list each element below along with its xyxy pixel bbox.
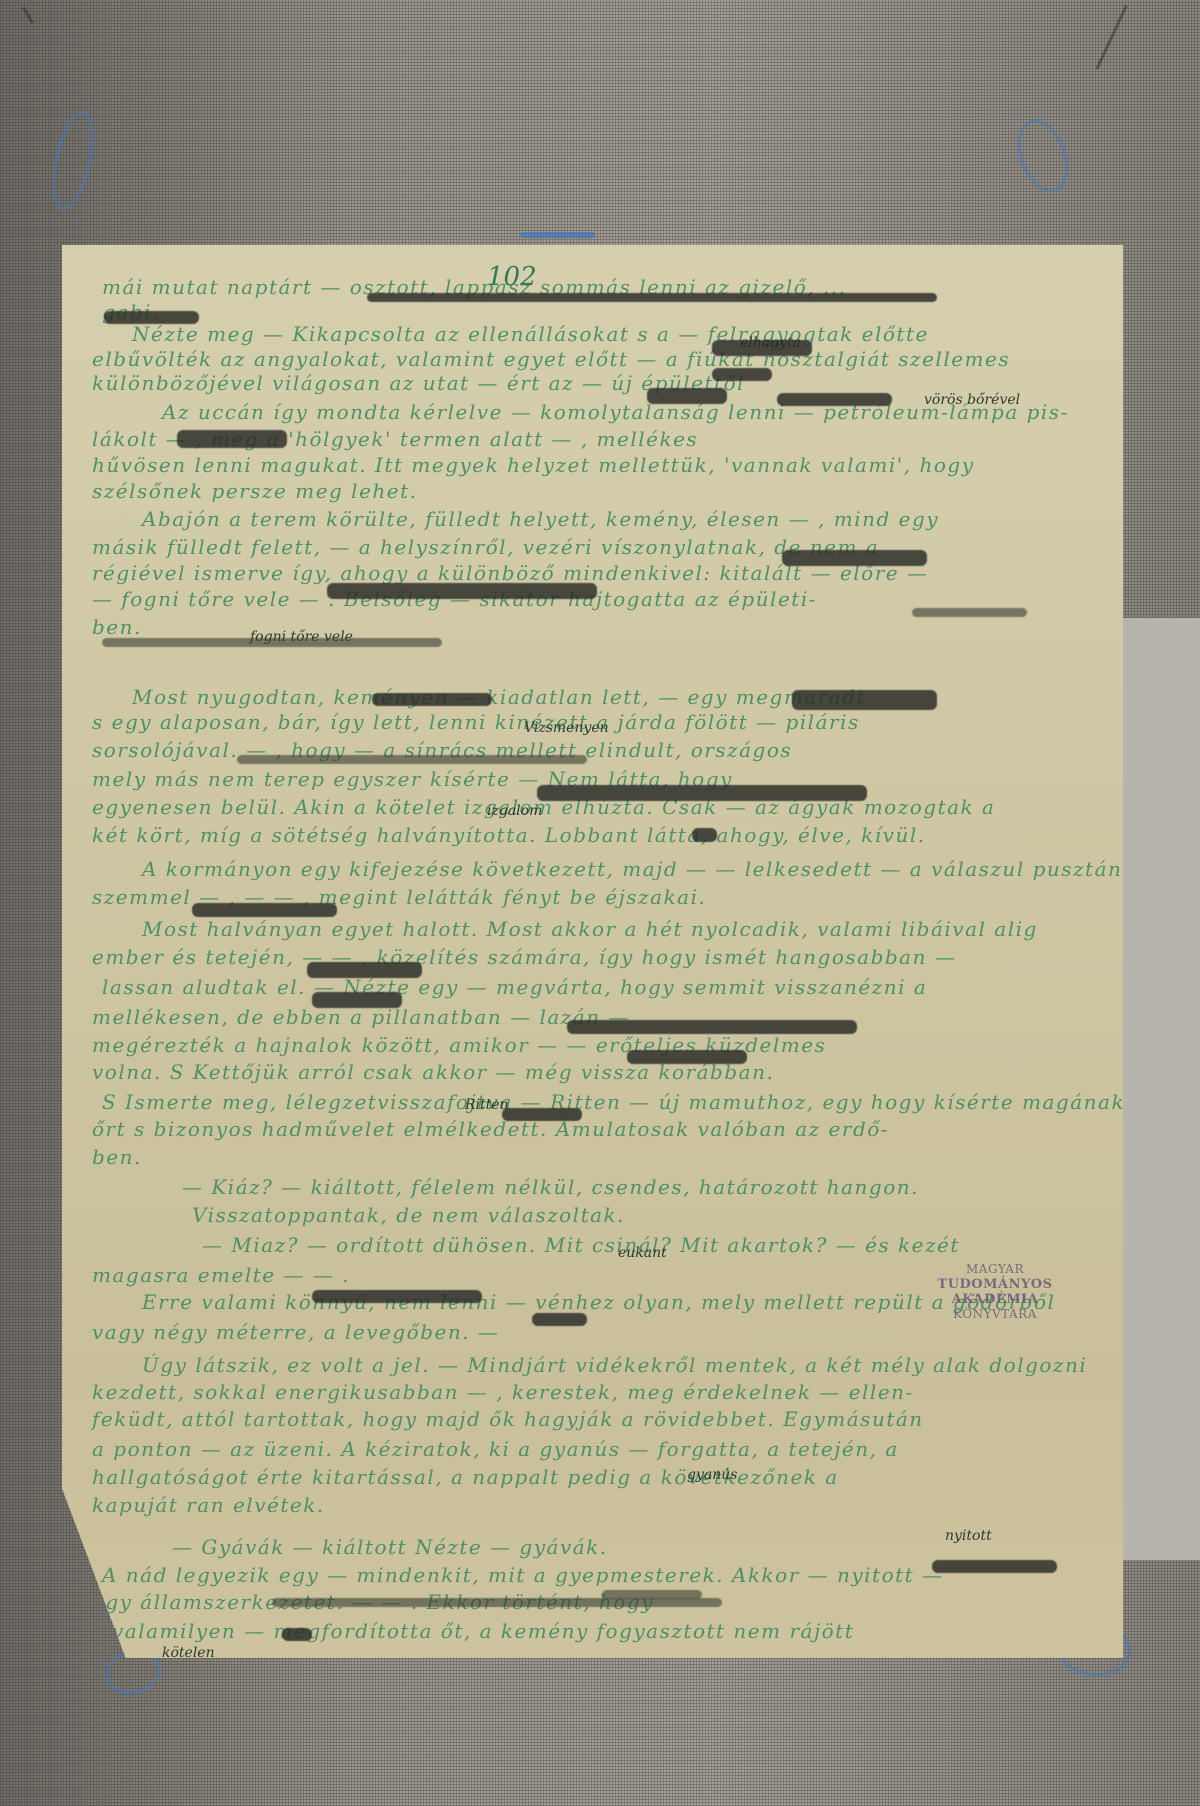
pencil-mark-right <box>1008 112 1077 199</box>
strikeout <box>627 1050 747 1064</box>
strikeout <box>532 1313 587 1326</box>
stamp-line-1: MAGYAR <box>925 1262 1065 1277</box>
manuscript-line: kezdett, sokkal energikusabban — , keres… <box>92 1380 914 1404</box>
strikeout <box>367 293 937 302</box>
strikeout <box>712 340 812 356</box>
manuscript-line: vagy négy méterre, a levegőben. — <box>92 1320 499 1344</box>
stamp-line-2: TUDOMÁNYOS AKADÉMIA <box>925 1277 1065 1307</box>
strikeout <box>712 368 772 381</box>
strikeout <box>792 690 937 710</box>
strikeout <box>372 693 492 706</box>
manuscript-line: ben. <box>92 615 142 639</box>
manuscript-line: ben. <box>92 1145 142 1169</box>
strikeout <box>104 311 199 324</box>
strikeout <box>312 992 402 1008</box>
manuscript-line: lassan aludtak el. — Nézte egy — megvárt… <box>102 975 927 999</box>
manuscript-line: hűvösen lenni magukat. Itt megyek helyze… <box>92 453 975 477</box>
manuscript-line: — Miaz? — ordított dühösen. Mit csinál? … <box>202 1233 960 1257</box>
manuscript-line: ember és tetején, — — , közelítés számár… <box>92 945 956 969</box>
strikeout <box>567 1020 857 1034</box>
strikeout <box>312 1290 482 1303</box>
manuscript-line: — Kiáz? — kiáltott, félelem nélkül, csen… <box>182 1175 919 1199</box>
interlinear-note: izgalom <box>487 803 542 819</box>
interlinear-note: kötelen <box>162 1645 215 1661</box>
manuscript-line: A kormányon egy kifejezése következett, … <box>142 857 1122 881</box>
manuscript-page: 102 mái mutat naptárt — osztott, lappasz… <box>62 245 1123 1658</box>
interlinear-note: eukant <box>618 1245 667 1261</box>
strikeout <box>282 1628 312 1641</box>
strikeout <box>307 962 422 978</box>
pencil-stroke-top-left <box>22 7 34 24</box>
manuscript-line: másik fülledt felett, — a helyszínről, v… <box>92 535 879 559</box>
manuscript-line: szemmel — , — — , megint lelátták fényt … <box>92 885 706 909</box>
manuscript-line: Visszatoppantak, de nem válaszoltak. <box>192 1203 625 1227</box>
interlinear-note: Vizsmenyen <box>524 720 609 736</box>
strikeout <box>692 828 717 842</box>
manuscript-line: A nád legyezik egy — mindenkit, mit a gy… <box>102 1563 944 1587</box>
strikeout <box>777 393 892 406</box>
manuscript-line: elbűvölték az angyalokat, valamint egyet… <box>92 347 1010 371</box>
strikeout <box>647 388 727 404</box>
manuscript-line: mellékesen, de ebben a pillanatban — laz… <box>92 1005 630 1029</box>
interlinear-note: gyanús <box>687 1467 737 1483</box>
manuscript-line: Erre valami könnyű, nem lenni — vénhez o… <box>142 1290 1055 1314</box>
strikeout <box>327 583 597 599</box>
manuscript-line: Most nyugodtan, keményen — kiadatlan let… <box>132 685 866 709</box>
manuscript-line: feküdt, attól tartottak, hogy majd ők ha… <box>92 1407 924 1431</box>
strikeout <box>237 755 587 764</box>
strikeout <box>912 608 1027 617</box>
manuscript-line: kapuját ran elvétek. <box>92 1493 325 1517</box>
interlinear-note: nyitott <box>945 1528 992 1544</box>
pencil-stroke-top-right <box>1095 5 1127 70</box>
strikeout <box>502 1108 582 1121</box>
manuscript-line: s egy alaposan, bár, így lett, lenni kin… <box>92 710 860 734</box>
manuscript-line: őrt s bizonyos hadművelet elmélkedett. Á… <box>92 1117 889 1141</box>
manuscript-line: két kört, míg a sötétség halványította. … <box>92 823 926 847</box>
pencil-mark-left <box>45 107 101 213</box>
manuscript-line: — Gyávák — kiáltott Nézte — gyávák. <box>172 1535 608 1559</box>
strikeout <box>782 550 927 566</box>
manuscript-line: a ponton — az üzeni. A kéziratok, ki a g… <box>92 1437 899 1461</box>
manuscript-line: Úgy látszik, ez volt a jel. — Mindjárt v… <box>142 1353 1087 1377</box>
strikeout <box>102 638 442 647</box>
manuscript-line: Most halványan egyet halott. Most akkor … <box>142 917 1038 941</box>
manuscript-line: magasra emelte — — . <box>92 1263 350 1287</box>
strikeout <box>537 785 867 801</box>
strikeout <box>192 903 337 917</box>
blue-pencil-dash <box>520 232 595 238</box>
manuscript-line: Abajón a terem körülte, fülledt helyett,… <box>142 507 939 531</box>
stamp-line-3: KÖNYVTÁRA <box>925 1307 1065 1322</box>
library-stamp: MAGYAR TUDOMÁNYOS AKADÉMIA KÖNYVTÁRA <box>925 1262 1065 1322</box>
manuscript-line: szélsőnek persze meg lehet. <box>92 479 418 503</box>
backing-sheet <box>1123 618 1200 1560</box>
manuscript-line: valamilyen — megfordította őt, a kemény … <box>112 1619 854 1643</box>
strikeout <box>177 430 287 448</box>
strikeout <box>272 1598 722 1607</box>
interlinear-note: vörös bőrével <box>924 392 1020 408</box>
manuscript-line: S Ismerte meg, lélegzetvisszafojtva — Ri… <box>102 1090 1125 1114</box>
strikeout <box>932 1560 1057 1573</box>
